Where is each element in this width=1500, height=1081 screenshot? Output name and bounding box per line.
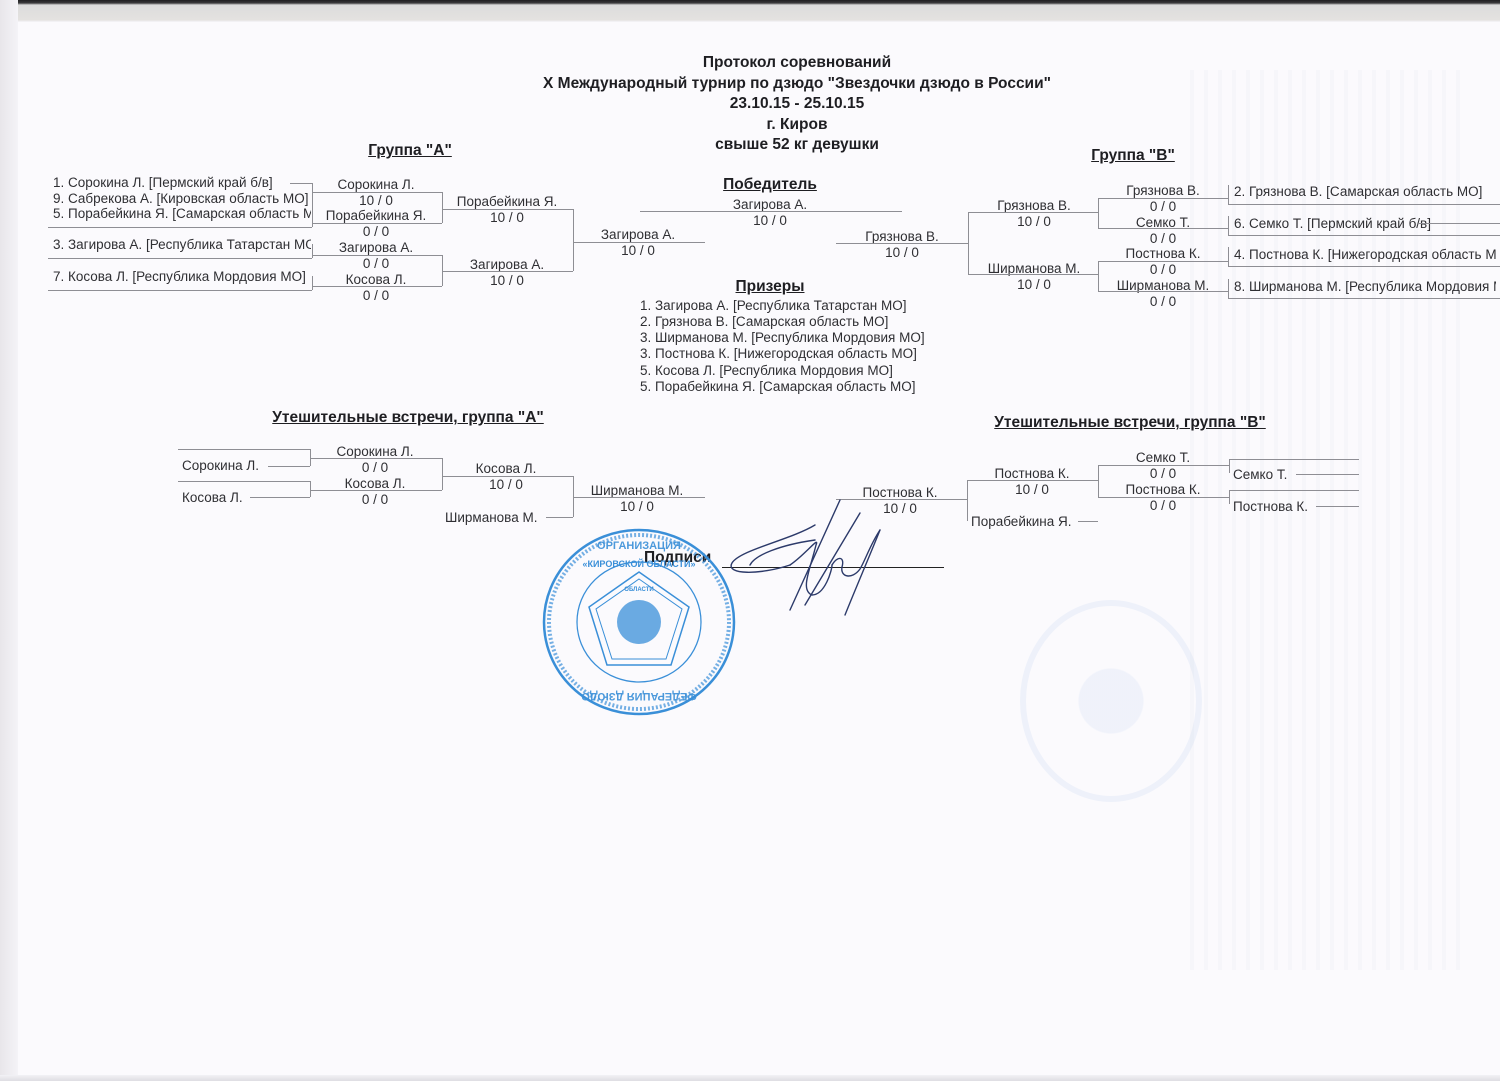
group-a-title: Группа "А" xyxy=(368,143,452,158)
group-b-r1-winner: Грязнова В. xyxy=(1126,183,1199,198)
bracket-line xyxy=(48,258,312,259)
organization-stamp-icon: ОРГАНИЗАЦИЯ ФЕДЕРАЦИЯ ДЗЮДО «КИРОВСКОЙ О… xyxy=(541,527,737,717)
bracket-line xyxy=(573,209,574,271)
repechage-b-entrant: Семко Т. xyxy=(1233,467,1287,482)
bracket-line xyxy=(268,466,310,467)
bracket-line xyxy=(1229,490,1359,491)
prizewinner-item: 1. Загирова А. [Республика Татарстан МО] xyxy=(640,298,906,313)
bracket-line xyxy=(1228,279,1229,298)
group-a-entrant: 9. Сабрекова А. [Кировская область МО] xyxy=(53,191,311,206)
group-b-entrant: 4. Постнова К. [Нижегородская область МО… xyxy=(1234,247,1496,262)
group-a-r1-score: 10 / 0 xyxy=(359,193,393,208)
group-b-final-score: 10 / 0 xyxy=(885,245,919,260)
bracket-line xyxy=(968,274,1098,275)
repechage-b-opponent: Порабейкина Я. xyxy=(971,514,1072,529)
group-a-r1-winner: Загирова А. xyxy=(339,240,413,255)
group-b-entrant: 2. Грязнова В. [Самарская область МО] xyxy=(1234,184,1496,199)
group-b-r1-score: 0 / 0 xyxy=(1150,199,1176,214)
weight-category: свыше 52 кг девушки xyxy=(715,136,879,154)
prizewinners-title: Призеры xyxy=(736,279,805,294)
bracket-line xyxy=(178,449,310,450)
bracket-line xyxy=(312,276,313,290)
bracket-line xyxy=(1228,216,1229,235)
bracket-line xyxy=(640,211,902,212)
group-b-r2-score: 10 / 0 xyxy=(1017,277,1051,292)
tournament-name: X Международный турнир по дзюдо "Звездоч… xyxy=(543,75,1051,93)
group-a-r1-winner: Порабейкина Я. xyxy=(326,208,427,223)
group-a-entrant: 3. Загирова А. [Республика Татарстан МО] xyxy=(53,237,311,252)
group-a-r2-score: 10 / 0 xyxy=(490,273,524,288)
bracket-line xyxy=(310,458,442,459)
bracket-line xyxy=(967,480,968,521)
repechage-a-entrant: Косова Л. xyxy=(182,490,243,505)
repechage-a-semi-winner: Косова Л. xyxy=(476,461,537,476)
bracket-line xyxy=(442,192,443,223)
bracket-line xyxy=(1098,228,1228,229)
repechage-b-r1-winner: Семко Т. xyxy=(1136,450,1190,465)
bracket-line xyxy=(1098,261,1099,291)
bracket-line xyxy=(442,458,443,490)
group-b-r1-score: 0 / 0 xyxy=(1150,231,1176,246)
bracket-line xyxy=(967,480,1098,481)
repechage-a-r1-winner: Косова Л. xyxy=(345,476,406,491)
group-a-final-score: 10 / 0 xyxy=(621,243,655,258)
bracket-line xyxy=(48,227,312,228)
repechage-a-r1-score: 0 / 0 xyxy=(362,460,388,475)
repechage-b-entrant: Постнова К. xyxy=(1233,499,1308,514)
group-a-r2-score: 10 / 0 xyxy=(490,210,524,225)
bracket-line xyxy=(442,209,573,210)
bracket-line xyxy=(836,243,968,244)
bracket-line xyxy=(968,212,969,274)
bracket-line xyxy=(1078,521,1098,522)
bracket-line xyxy=(442,271,573,272)
bracket-line xyxy=(312,255,442,256)
scan-edge-bottom xyxy=(0,1075,1500,1081)
bracket-line xyxy=(1098,291,1228,292)
bracket-line xyxy=(1228,298,1500,299)
bracket-line xyxy=(312,192,442,193)
repechage-b-r1-score: 0 / 0 xyxy=(1150,466,1176,481)
bracket-line xyxy=(1098,261,1228,262)
bracket-line xyxy=(1098,198,1228,199)
protocol-title: Протокол соревнований xyxy=(703,54,891,72)
repechage-b-semi-score: 10 / 0 xyxy=(1015,482,1049,497)
repechage-b-title: Утешительные встречи, группа "В" xyxy=(994,415,1266,430)
group-a-r2-winner: Порабейкина Я. xyxy=(457,194,558,209)
bracket-line xyxy=(1229,490,1230,504)
repechage-b-r1-score: 0 / 0 xyxy=(1150,498,1176,513)
repechage-a-semi-score: 10 / 0 xyxy=(489,477,523,492)
bracket-line xyxy=(312,223,442,224)
group-b-title: Группа "В" xyxy=(1091,148,1175,163)
reverse-side-stamp-bleed xyxy=(1020,600,1202,802)
bracket-line xyxy=(312,286,442,287)
bracket-line xyxy=(290,183,312,184)
winner-title: Победитель xyxy=(723,177,817,192)
repechage-b-r1-winner: Постнова К. xyxy=(1125,482,1200,497)
repechage-a-title: Утешительные встречи, группа "А" xyxy=(272,410,544,425)
group-a-r1-winner: Сорокина Л. xyxy=(337,177,414,192)
group-b-r1-winner: Постнова К. xyxy=(1125,246,1200,261)
repechage-a-entrant: Сорокина Л. xyxy=(182,458,259,473)
prizewinner-item: 3. Ширманова М. [Республика Мордовия МО] xyxy=(640,330,925,345)
group-a-r1-score: 0 / 0 xyxy=(363,224,389,239)
bracket-line xyxy=(573,497,705,498)
tournament-city: г. Киров xyxy=(767,116,828,134)
scan-edge-top xyxy=(0,0,1500,22)
repechage-a-final-score: 10 / 0 xyxy=(620,499,654,514)
winner-name: Загирова А. xyxy=(733,197,807,212)
svg-text:«КИРОВСКОЙ ОБЛАСТИ»: «КИРОВСКОЙ ОБЛАСТИ» xyxy=(582,558,695,569)
group-a-r1-score: 0 / 0 xyxy=(363,288,389,303)
svg-text:ФЕДЕРАЦИЯ ДЗЮДО: ФЕДЕРАЦИЯ ДЗЮДО xyxy=(581,690,697,702)
group-b-r2-winner: Грязнова В. xyxy=(997,198,1070,213)
winner-score: 10 / 0 xyxy=(753,213,787,228)
prizewinner-item: 2. Грязнова В. [Самарская область МО] xyxy=(640,314,888,329)
group-b-final-winner: Грязнова В. xyxy=(865,229,938,244)
prizewinner-item: 5. Порабейкина Я. [Самарская область МО] xyxy=(640,379,916,394)
bracket-line xyxy=(1098,198,1099,228)
repechage-a-opponent: Ширманова М. xyxy=(445,510,537,525)
bracket-line xyxy=(310,490,442,491)
tournament-dates: 23.10.15 - 25.10.15 xyxy=(730,95,864,113)
bracket-line xyxy=(1229,459,1230,473)
repechage-a-r1-winner: Сорокина Л. xyxy=(336,444,413,459)
prizewinner-item: 5. Косова Л. [Республика Мордовия МО] xyxy=(640,363,893,378)
bracket-line xyxy=(1229,459,1359,460)
bracket-line xyxy=(48,290,312,291)
bracket-line xyxy=(1418,223,1500,224)
bracket-line xyxy=(1098,465,1099,497)
bracket-line xyxy=(968,212,1098,213)
reverse-side-bleed-through xyxy=(1180,70,1460,970)
bracket-line xyxy=(1228,235,1500,236)
bracket-line xyxy=(1228,185,1229,204)
repechage-a-r1-score: 0 / 0 xyxy=(362,492,388,507)
group-a-final-winner: Загирова А. xyxy=(601,227,675,242)
bracket-line xyxy=(1228,204,1500,205)
svg-text:ОРГАНИЗАЦИЯ: ОРГАНИЗАЦИЯ xyxy=(597,540,681,552)
group-a-r2-winner: Загирова А. xyxy=(470,257,544,272)
group-a-entrant: 7. Косова Л. [Республика Мордовия МО] xyxy=(53,269,311,284)
scan-edge-left xyxy=(0,0,18,1081)
group-a-entrant: 1. Сорокина Л. [Пермский край б/в] xyxy=(53,175,311,190)
group-a-entrant: 5. Порабейкина Я. [Самарская область МО] xyxy=(53,206,311,221)
bracket-line xyxy=(1316,506,1359,507)
bracket-line xyxy=(312,183,313,227)
group-b-r2-score: 10 / 0 xyxy=(1017,214,1051,229)
bracket-line xyxy=(310,481,311,497)
group-b-entrant: 8. Ширманова М. [Республика Мордовия МО] xyxy=(1234,279,1496,294)
bracket-line xyxy=(1296,474,1359,475)
handwritten-signature-icon xyxy=(720,495,920,625)
bracket-line xyxy=(1228,266,1500,267)
bracket-line xyxy=(1228,247,1229,266)
bracket-line xyxy=(250,497,310,498)
group-b-r1-score: 0 / 0 xyxy=(1150,262,1176,277)
prizewinner-item: 3. Постнова К. [Нижегородская область МО… xyxy=(640,346,917,361)
bracket-line xyxy=(178,481,310,482)
repechage-b-semi-winner: Постнова К. xyxy=(994,466,1069,481)
bracket-line xyxy=(573,242,705,243)
group-a-r1-score: 0 / 0 xyxy=(363,256,389,271)
repechage-a-final-winner: Ширманова М. xyxy=(591,483,683,498)
group-a-r1-winner: Косова Л. xyxy=(346,272,407,287)
svg-text:ОБЛАСТИ: ОБЛАСТИ xyxy=(624,587,653,593)
bracket-line xyxy=(546,517,573,518)
group-b-r1-score: 0 / 0 xyxy=(1150,294,1176,309)
